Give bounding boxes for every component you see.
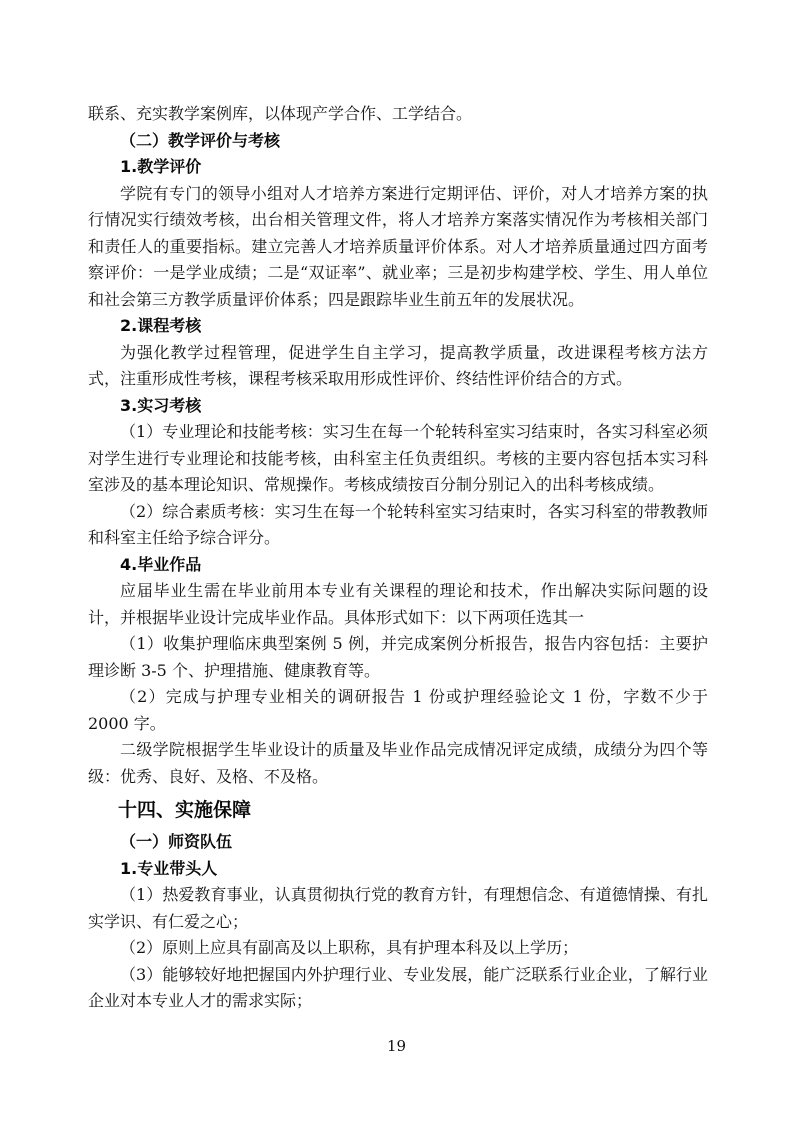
paragraph-continuation: 联系、充实教学案例库，以体现产学合作、工学结合。 (88, 101, 708, 128)
page-footer: 19 (0, 1036, 793, 1055)
section-heading-teaching-evaluation-assessment: （二）教学评价与考核 (88, 128, 708, 155)
document-content: 联系、充实教学案例库，以体现产学合作、工学结合。 （二）教学评价与考核 1.教学… (88, 101, 708, 1015)
subheading-internship-assessment: 3.实习考核 (88, 393, 708, 420)
paragraph: （2）综合素质考核：实习生在每一个轮转科室实习结束时，各实习科室的带教教师和科室… (88, 499, 708, 552)
paragraph: 应届毕业生需在毕业前用本专业有关课程的理论和技术，作出解决实际问题的设计，并根据… (88, 578, 708, 631)
paragraph: （1）专业理论和技能考核：实习生在每一个轮转科室实习结束时，各实习科室必须对学生… (88, 419, 708, 499)
paragraph: 学院有专门的领导小组对人才培养方案进行定期评估、评价，对人才培养方案的执行情况实… (88, 181, 708, 314)
paragraph: （3）能够较好地把握国内外护理行业、专业发展，能广泛联系行业企业，了解行业企业对… (88, 962, 708, 1015)
chapter-heading-implementation-safeguards: 十四、实施保障 (88, 797, 708, 824)
paragraph: （1）热爱教育事业，认真贯彻执行党的教育方针，有理想信念、有道德情操、有扎实学识… (88, 882, 708, 935)
paragraph: 为强化教学过程管理，促进学生自主学习，提高教学质量，改进课程考核方法方式，注重形… (88, 340, 708, 393)
paragraph: （2）完成与护理专业相关的调研报告 1 份或护理经验论文 1 份，字数不少于 2… (88, 684, 708, 737)
paragraph: （1）收集护理临床典型案例 5 例，并完成案例分析报告，报告内容包括：主要护理诊… (88, 631, 708, 684)
subheading-teaching-evaluation: 1.教学评价 (88, 154, 708, 181)
subheading-graduation-work: 4.毕业作品 (88, 552, 708, 579)
document-page: 联系、充实教学案例库，以体现产学合作、工学结合。 （二）教学评价与考核 1.教学… (0, 0, 793, 1122)
page-number: 19 (387, 1037, 406, 1055)
section-heading-faculty-team: （一）师资队伍 (88, 829, 708, 856)
subheading-course-assessment: 2.课程考核 (88, 313, 708, 340)
paragraph: 二级学院根据学生毕业设计的质量及毕业作品完成情况评定成绩，成绩分为四个等级：优秀… (88, 737, 708, 790)
paragraph: （2）原则上应具有副高及以上职称，具有护理本科及以上学历； (88, 935, 708, 962)
subheading-program-leader: 1.专业带头人 (88, 856, 708, 883)
